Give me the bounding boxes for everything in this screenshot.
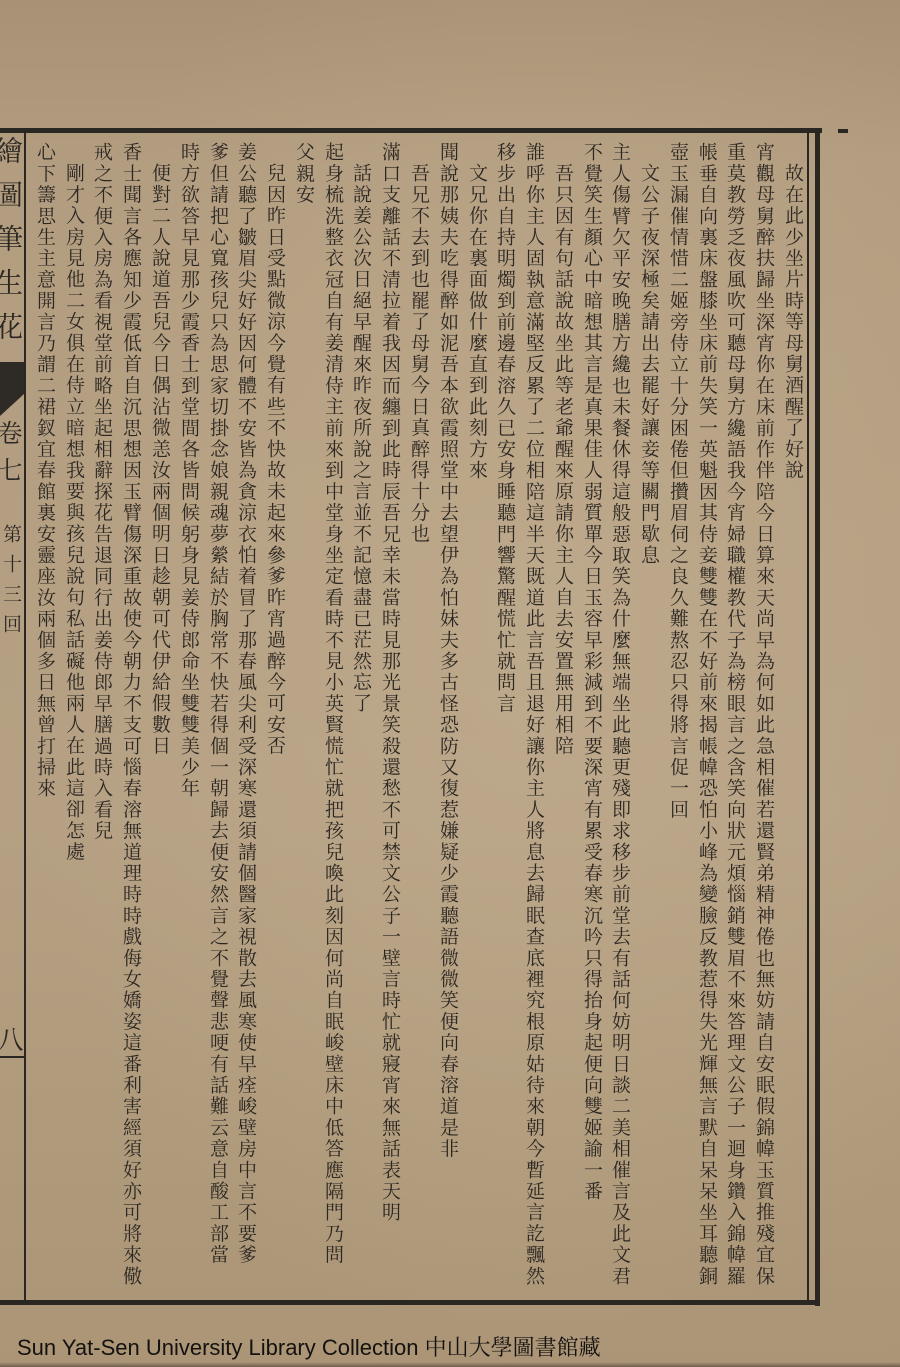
text-column: 壺玉漏催情惜二姬旁侍立十分困倦但攢眉伺之良久難熬忍只得將言促一回 bbox=[667, 142, 689, 820]
book-title: 繪圖筆生花 bbox=[0, 136, 22, 356]
frame-top-border bbox=[0, 128, 822, 133]
text-column: 宵觀母舅醉扶歸坐深宵你在床前作伴陪今日算來天尚早為何如此急相催若還賢弟精神倦也無… bbox=[753, 142, 775, 1287]
text-column: 帳垂自向裏床盤膝坐床前失笑一英魁因其侍妾雙雙在不好前來揭帳幃恐怕小峰為變臉反教惹… bbox=[696, 142, 718, 1287]
text-column: 主人傷臂欠平安晚膳方纔也未餐休得這般惡取笑為什麼無端坐此聽更殘即求移步前堂去有話… bbox=[609, 142, 631, 1287]
text-column: 重莫教勞乏夜風吹可聽母舅方纔語我今宵婦職權教代子為榜眼言之含笑向狀元煩惱銷雙眉不… bbox=[724, 142, 746, 1287]
frame-top-mark bbox=[838, 129, 848, 133]
fold-lower-rule bbox=[0, 1056, 24, 1058]
text-column: 心下籌思生主意開言乃謂二裙釵宜春館裏安靈座汝兩個多日無曾打掃來 bbox=[34, 142, 56, 799]
text-column: 父親安 bbox=[293, 142, 315, 206]
text-column: 香士聞言各應知少霞低首自沉思想因玉臂傷深重故使今朝力不支可惱春溶無道理時時戲侮女… bbox=[120, 142, 142, 1287]
text-column: 故在此少坐片時等母舅酒醒了好說 bbox=[782, 163, 804, 481]
text-column: 戒之不便入房為看視堂前略坐起相辭探花告退同行出姜侍郎早膳過時入看兒 bbox=[91, 142, 113, 842]
text-column: 不覺笑生顏心中暗想其言是真果佳人弱質單今日玉容早彩減到不要深宵有累受春寒沉吟只得… bbox=[581, 142, 603, 1202]
text-column: 移步出自持明燭到前邊春溶久已安身睡聽門響驚醒慌忙就問言 bbox=[494, 142, 516, 714]
text-column: 文兄你在裏面做什麼直到此刻方來 bbox=[466, 163, 488, 481]
collection-credit-en: Sun Yat-Sen University Library Collectio… bbox=[17, 1335, 418, 1360]
leaf-number: 八 bbox=[0, 1026, 22, 1052]
text-column: 便對二人說道吾兒今日偶沾微恙汝兩個明日趁朝可代伊給假數日 bbox=[149, 163, 171, 757]
fishtail-notch bbox=[0, 394, 24, 416]
text-column: 起身梳洗整衣冠自有姜清侍主前來到中堂身坐定看時不見小英賢慌忙就把孩兒喚此刻因何尚… bbox=[322, 142, 344, 1266]
text-column: 兒因昨日受點微涼今覺有些不快故未起來參爹昨宵過醉今可安否 bbox=[264, 163, 286, 757]
collection-credit-zh: 中山大學圖書館藏 bbox=[425, 1335, 601, 1360]
text-column: 滿口支離話不清拉着我因而纏到此時辰吾兄幸未當時見那光景笑殺還愁不可禁文公子一壁言… bbox=[379, 142, 401, 1223]
text-column: 剛才入房見他二女俱在侍立暗想我要與孩兒說句私話礙他兩人在此這卻怎處 bbox=[63, 163, 85, 863]
text-column: 話說姜公次日絕早醒來昨夜所說之言並不記憶盡已茫然忘了 bbox=[350, 163, 372, 714]
fold-divider-line bbox=[24, 130, 26, 1302]
text-column: 姜公聽了皺眉尖好好因何體不安皆為貪涼衣怕着冒了那春風尖利受深寒還須請個醫家視散去… bbox=[235, 142, 257, 1266]
text-column: 爹但請把心寬孩兒只為思家切掛念娘親魂夢縈結於胸常不快若得個一朝歸去便安然言之不覺… bbox=[207, 142, 229, 1266]
collection-credit: Sun Yat-Sen University Library Collectio… bbox=[17, 1334, 601, 1362]
text-column: 聞說那姨夫吃得醉如泥吾本欲霞照堂中去望伊為怕妹夫多古怪恐防又復惹嫌疑少霞聽語微微… bbox=[437, 142, 459, 1160]
text-column: 文公子夜深極矣請出去罷好讓妾等關門歇息 bbox=[638, 163, 660, 566]
fishtail-mark bbox=[0, 362, 24, 394]
frame-right-outer-border bbox=[815, 128, 820, 1306]
text-column: 誰呼你主人固執意滿堅反累了二位相陪這半天既道此言吾且退好讓你主人將息去歸眠查底裡… bbox=[523, 142, 545, 1287]
page-bottom-edge bbox=[0, 1362, 900, 1367]
frame-right-inner-border bbox=[807, 133, 809, 1301]
text-column: 時方欲答早見那少霞香士到堂間各皆問候躬身見姜侍郎命坐雙雙美少年 bbox=[178, 142, 200, 799]
text-column: 吾兄不去到也罷了母舅今日真醉得十分也 bbox=[408, 163, 430, 545]
volume-label: 卷七 bbox=[0, 420, 22, 494]
text-column: 吾只因有句話說故坐此等老爺醒來原請你主人自去安置無用相陪 bbox=[552, 163, 574, 757]
chapter-label: 第十三回 bbox=[0, 524, 22, 644]
frame-bottom-border bbox=[0, 1300, 820, 1305]
